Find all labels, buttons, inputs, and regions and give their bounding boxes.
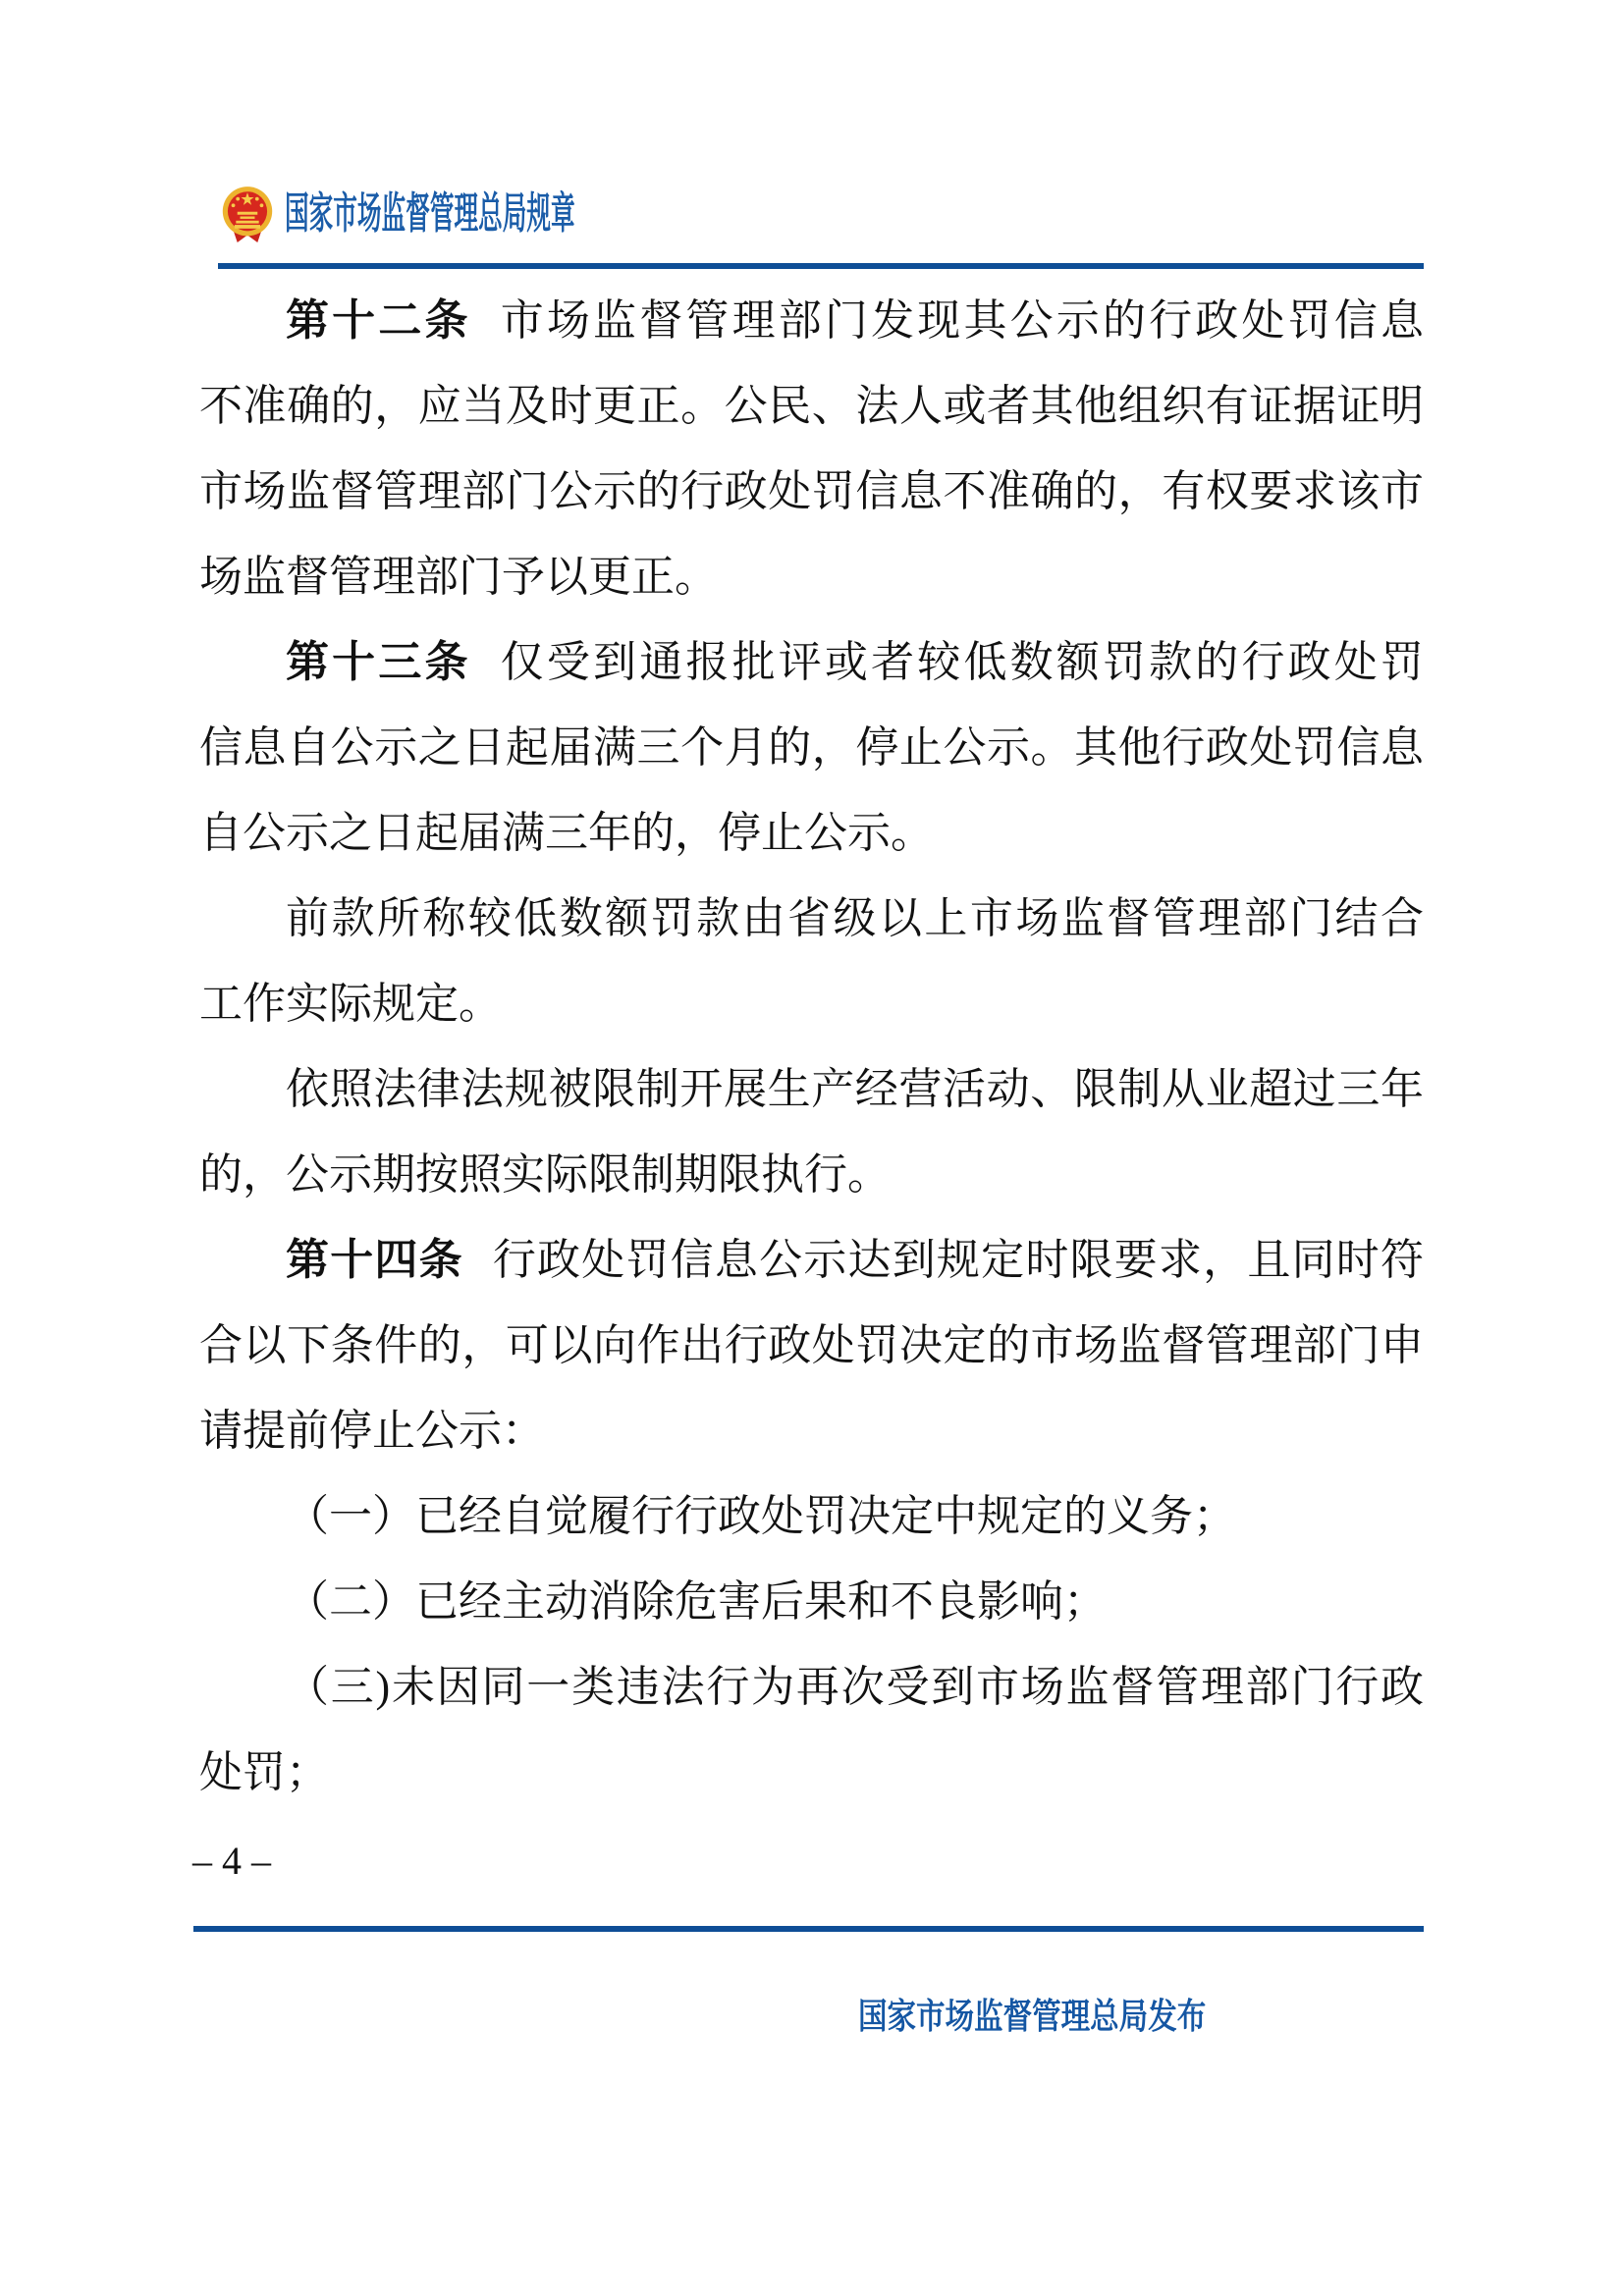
body-line: 的，公示期按照实际限制期限执行。 — [199, 1132, 1424, 1217]
body-line: 场监督管理部门予以更正。 — [199, 534, 1424, 619]
line-text: 工作实际规定。 — [199, 980, 502, 1028]
article-number: 第十三条 — [286, 638, 471, 686]
footer-divider — [193, 1926, 1424, 1932]
line-text: 市场监督管理部门公示的行政处罚信息不准确的，有权要求该市 — [199, 467, 1424, 515]
body-line: 自公示之日起届满三年的，停止公示。 — [199, 790, 1424, 876]
line-text: 前款所称较低数额罚款由省级以上市场监督管理部门结合 — [286, 894, 1424, 942]
line-text: 场监督管理部门予以更正。 — [199, 553, 718, 601]
body-line: 第十二条市场监督管理部门发现其公示的行政处罚信息 — [199, 278, 1424, 363]
page-number: – 4 – — [192, 1838, 271, 1884]
header-title: 国家市场监督管理总局规章 — [285, 190, 575, 238]
line-text: （二）已经主动消除危害后果和不良影响； — [286, 1577, 1107, 1626]
document-body: 第十二条市场监督管理部门发现其公示的行政处罚信息 不准确的，应当及时更正。公民、… — [199, 278, 1424, 1815]
line-text: （三)未因同一类违法行为再次受到市场监督管理部门行政 — [286, 1663, 1424, 1711]
line-text: 市场监督管理部门发现其公示的行政处罚信息 — [501, 296, 1424, 345]
document-page: 国家市场监督管理总局规章 第十二条市场监督管理部门发现其公示的行政处罚信息 不准… — [0, 0, 1624, 2296]
publisher: 国家市场监督管理总局发布 — [858, 1989, 1206, 2039]
body-line: 市场监督管理部门公示的行政处罚信息不准确的，有权要求该市 — [199, 449, 1424, 534]
line-text: 的，公示期按照实际限制期限执行。 — [199, 1150, 891, 1199]
national-emblem-icon — [220, 185, 275, 245]
article-number: 第十二条 — [286, 296, 471, 345]
body-line: 依照法律法规被限制开展生产经营活动、限制从业超过三年 — [199, 1046, 1424, 1132]
body-line: 处罚； — [199, 1730, 1424, 1815]
line-text: 处罚； — [199, 1748, 329, 1796]
body-line: 第十三条仅受到通报批评或者较低数额罚款的行政处罚 — [199, 619, 1424, 705]
line-text: 自公示之日起届满三年的，停止公示。 — [199, 809, 934, 857]
body-line: 请提前停止公示： — [199, 1388, 1424, 1473]
line-text: 不准确的，应当及时更正。公民、法人或者其他组织有证据证明 — [199, 382, 1424, 430]
line-text: 请提前停止公示： — [199, 1407, 545, 1455]
line-text: （一）已经自觉履行行政处罚决定中规定的义务； — [286, 1492, 1236, 1540]
line-text: 行政处罚信息公示达到规定时限要求，且同时符 — [493, 1236, 1424, 1284]
line-text: 信息自公示之日起届满三个月的，停止公示。其他行政处罚信息 — [199, 723, 1424, 772]
body-line: （一）已经自觉履行行政处罚决定中规定的义务； — [199, 1473, 1424, 1559]
article-number: 第十四条 — [286, 1236, 463, 1284]
body-line: （三)未因同一类违法行为再次受到市场监督管理部门行政 — [199, 1644, 1424, 1730]
body-line: 工作实际规定。 — [199, 961, 1424, 1046]
body-line: 不准确的，应当及时更正。公民、法人或者其他组织有证据证明 — [199, 363, 1424, 449]
body-line: 合以下条件的，可以向作出行政处罚决定的市场监督管理部门申 — [199, 1303, 1424, 1388]
body-line: 第十四条行政处罚信息公示达到规定时限要求，且同时符 — [199, 1217, 1424, 1303]
line-text: 仅受到通报批评或者较低数额罚款的行政处罚 — [501, 638, 1424, 686]
body-line: 前款所称较低数额罚款由省级以上市场监督管理部门结合 — [199, 876, 1424, 961]
header-divider — [218, 263, 1424, 269]
line-text: 合以下条件的，可以向作出行政处罚决定的市场监督管理部门申 — [199, 1321, 1424, 1369]
body-line: 信息自公示之日起届满三个月的，停止公示。其他行政处罚信息 — [199, 705, 1424, 790]
line-text: 依照法律法规被限制开展生产经营活动、限制从业超过三年 — [286, 1065, 1424, 1113]
body-line: （二）已经主动消除危害后果和不良影响； — [199, 1559, 1424, 1644]
